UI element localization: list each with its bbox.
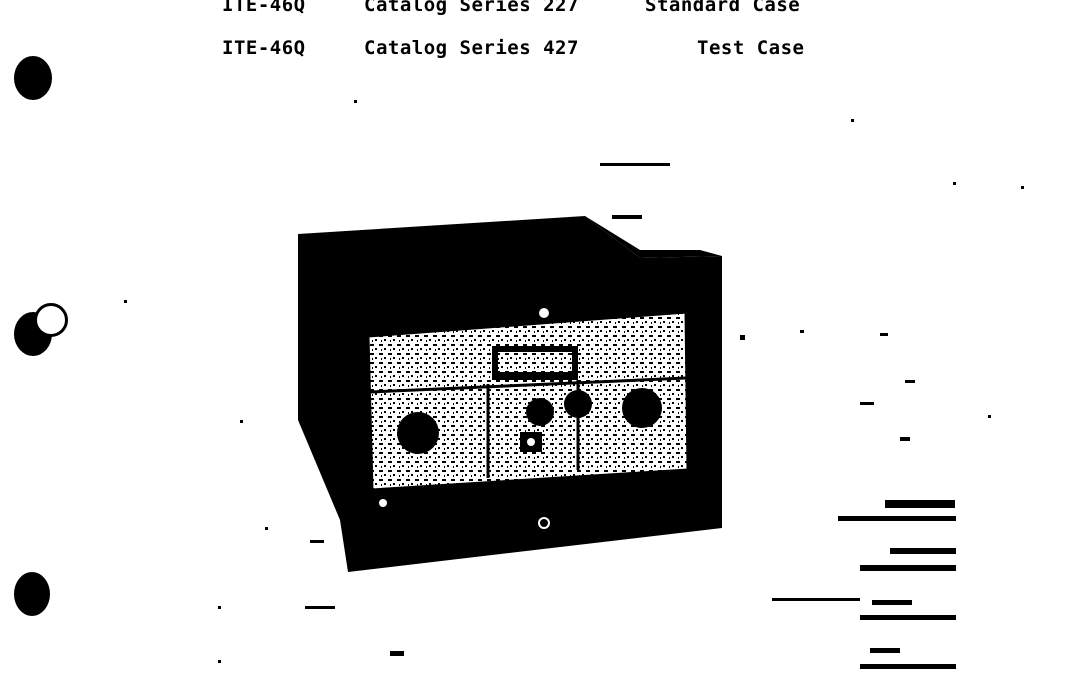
scan-noise [390,651,404,656]
scan-noise [612,215,642,219]
scan-noise [900,437,910,441]
scan-noise [860,615,956,620]
scan-noise [800,330,804,333]
scan-noise [870,648,900,653]
relay-screw-left [379,499,387,507]
scan-noise [860,565,956,571]
relay-knob-left [397,412,439,454]
scan-noise [772,598,860,601]
scan-noise [953,182,956,185]
relay-knob-center-left [526,398,554,426]
scan-noise [218,606,221,609]
relay-knob-center-right [564,390,592,418]
scan-noise [838,516,956,521]
scan-noise [860,664,956,669]
scan-noise [885,500,955,508]
scan-noise [851,119,854,122]
scan-noise [124,300,127,303]
scan-noise [1021,186,1024,189]
scan-noise [310,540,324,543]
relay-knob-right [622,388,662,428]
scan-noise [740,335,745,340]
scan-noise [265,527,268,530]
scan-noise [880,333,888,336]
scan-noise [305,606,335,609]
scan-noise [240,420,243,423]
scan-noise [218,660,221,663]
scan-noise [600,163,670,166]
scan-noise [890,548,956,554]
scan-noise [988,415,991,418]
relay-screw-top [539,308,549,318]
scan-noise [872,600,912,605]
scan-noise [860,402,874,405]
scan-noise [354,100,357,103]
scan-noise [905,380,915,383]
relay-photo [0,0,1080,675]
